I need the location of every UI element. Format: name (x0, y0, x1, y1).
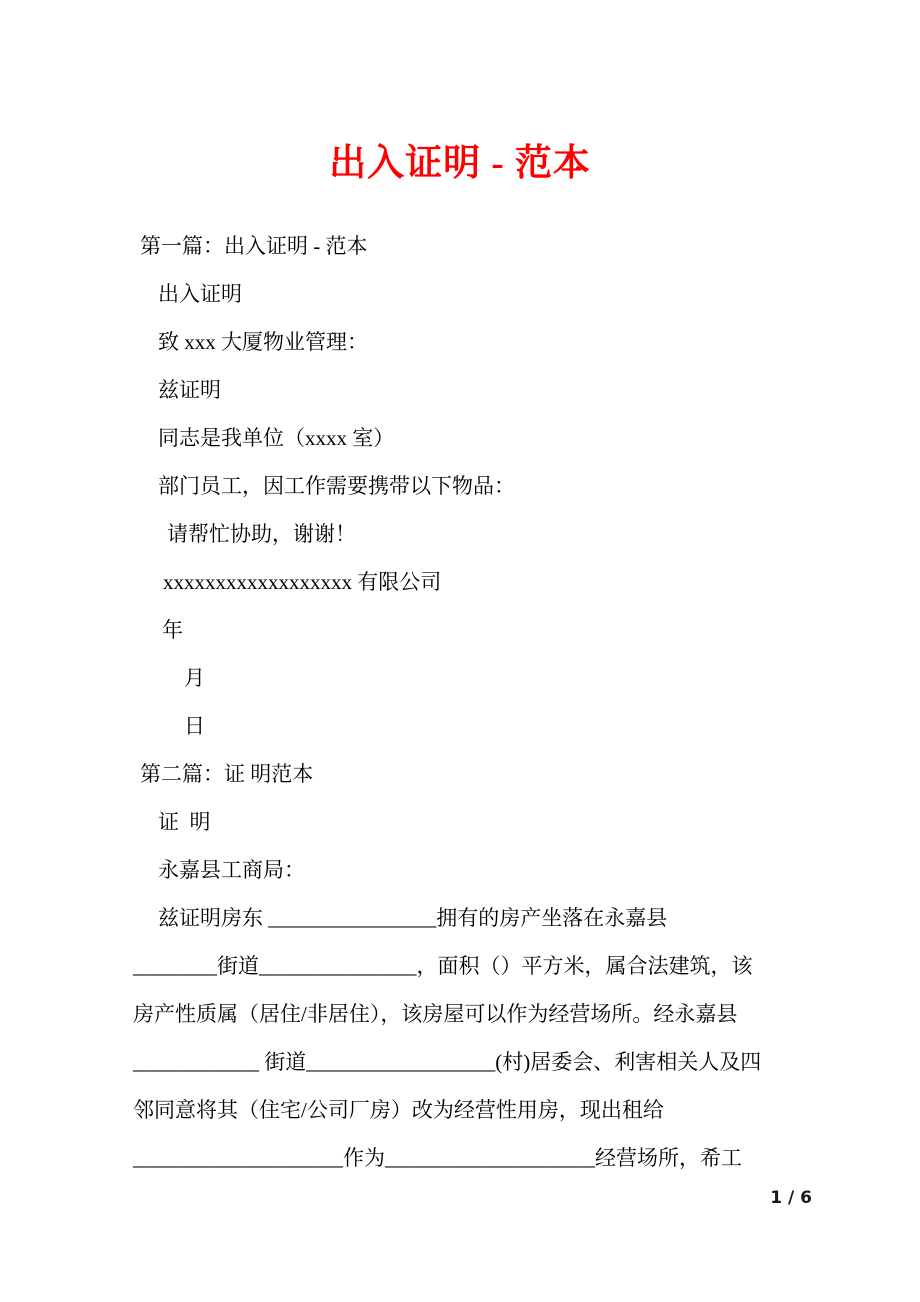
document-page: 出入证明 - 范本 第一篇：出入证明 - 范本 出入证明 致 xxx 大厦物业管… (0, 0, 920, 1302)
paragraph: 同志是我单位（xxxx 室） (158, 414, 920, 462)
section-heading: 第二篇：证 明范本 (140, 750, 920, 798)
page-footer: 1 / 6 (770, 1188, 812, 1208)
blank-fill-line: ____________________作为__________________… (133, 1134, 810, 1182)
paragraph: 部门员工，因工作需要携带以下物品： (158, 462, 920, 510)
page-title: 出入证明 - 范本 (0, 0, 920, 186)
blank-fill-line: ________街道_______________，面积（）平方米，属合法建筑，… (133, 942, 810, 990)
page-number: 1 / 6 (770, 1188, 812, 1208)
company-line: xxxxxxxxxxxxxxxxxx 有限公司 (163, 558, 920, 606)
date-day-line: 日 (184, 702, 920, 750)
blank-fill-line: 兹证明房东 ________________拥有的房产坐落在永嘉县 (158, 894, 920, 942)
date-month-line: 月 (184, 654, 920, 702)
paragraph: 出入证明 (158, 270, 920, 318)
date-year-line: 年 (162, 606, 920, 654)
paragraph: 邻同意将其（住宅/公司厂房）改为经营性用房，现出租给 (133, 1086, 810, 1134)
paragraph: 房产性质属（居住/非居住），该房屋可以作为经营场所。经永嘉县 (133, 990, 810, 1038)
paragraph: 致 xxx 大厦物业管理： (158, 318, 920, 366)
paragraph: 证 明 (158, 798, 920, 846)
paragraph: 兹证明 (158, 366, 920, 414)
blank-fill-line: ____________ 街道__________________(村)居委会、… (133, 1038, 810, 1086)
section-heading: 第一篇：出入证明 - 范本 (140, 222, 920, 270)
paragraph: 请帮忙协助，谢谢！ (167, 510, 920, 558)
document-body: 第一篇：出入证明 - 范本 出入证明 致 xxx 大厦物业管理： 兹证明 同志是… (0, 222, 920, 1182)
paragraph: 永嘉县工商局： (158, 846, 920, 894)
